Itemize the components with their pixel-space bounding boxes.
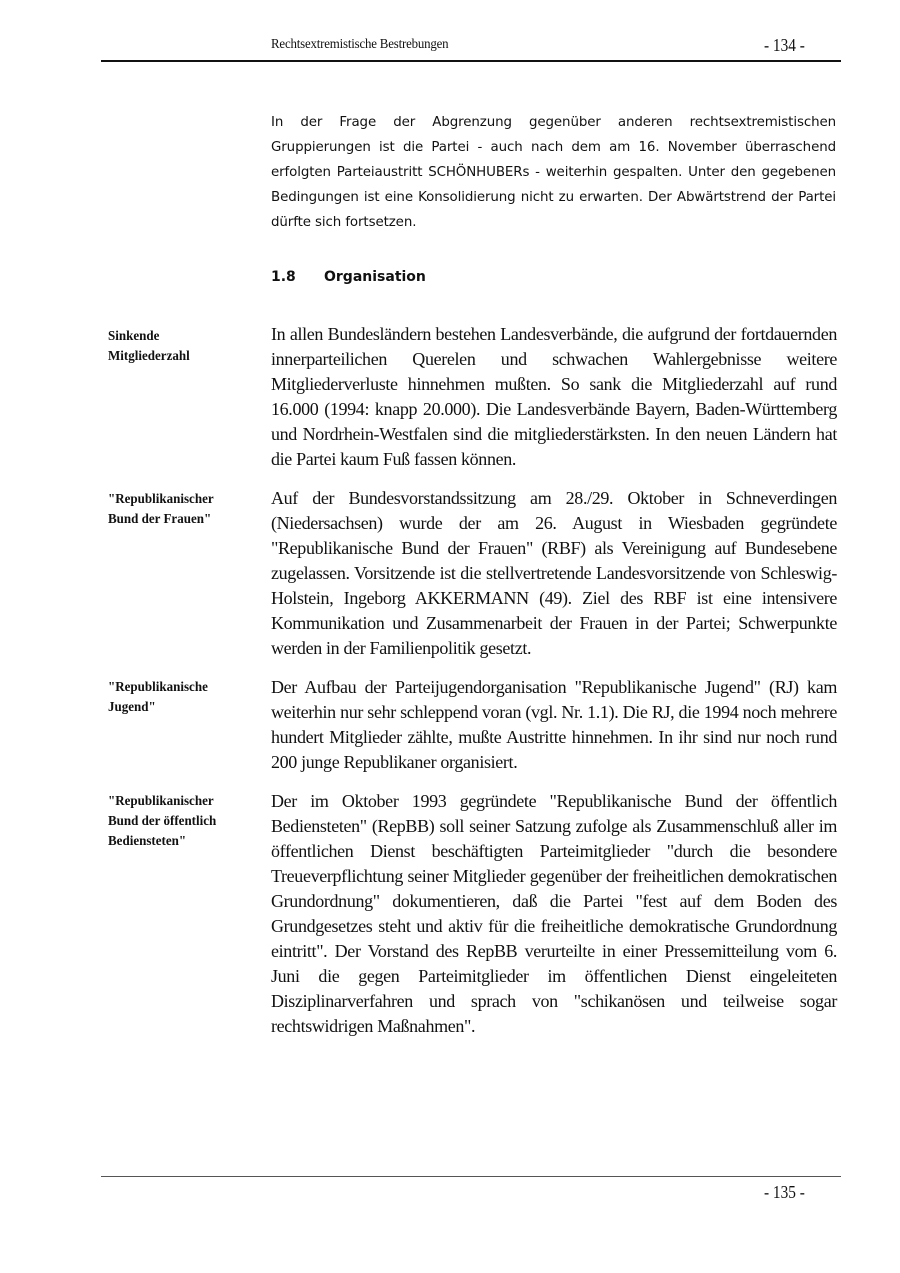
section-heading: 1.8Organisation (271, 269, 426, 285)
section-number: 1.8 (271, 269, 324, 285)
intro-paragraph: In der Frage der Abgrenzung gegenüber an… (271, 110, 836, 235)
body-paragraph: Auf der Bundesvorstandssitzung am 28./29… (271, 486, 837, 661)
footer-rule (101, 1176, 841, 1177)
header-rule (101, 60, 841, 62)
body-paragraph: In allen Bundesländern bestehen Landesve… (271, 322, 837, 472)
footer-page-number: - 135 - (764, 1182, 805, 1203)
margin-label: "Republikanische Jugend" (108, 678, 229, 718)
running-header-title: Rechtsextremistische Bestrebungen (271, 37, 448, 53)
margin-label: "Republikanischer Bund der öffentlich Be… (108, 792, 238, 852)
body-paragraph: Der Aufbau der Parteijugendorganisation … (271, 675, 837, 775)
margin-label: Sinkende Mitgliederzahl (108, 327, 210, 367)
margin-label: "Republikanischer Bund der Frauen" (108, 490, 234, 530)
header-page-number: - 134 - (764, 35, 805, 56)
body-paragraph: Der im Oktober 1993 gegründete "Republik… (271, 789, 837, 1039)
section-title: Organisation (324, 269, 426, 285)
